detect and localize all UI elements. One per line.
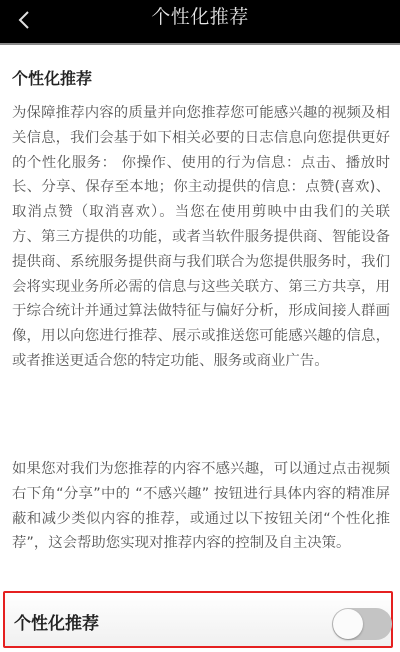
personalized-recommendation-toggle[interactable] [332, 608, 392, 640]
setting-label: 个性化推荐 [14, 609, 99, 634]
section-title: 个性化推荐 [12, 66, 92, 89]
description-paragraph: 为保障推荐内容的质量并向您推荐您可能感兴趣的视频及相关信息，我们会基于如下相关必… [12, 101, 390, 374]
toggle-knob [333, 609, 363, 639]
opt-out-paragraph: 如果您对我们为您推荐的内容不感兴趣，可以通过点击视频右下角“分享”中的 “不感兴… [12, 457, 390, 556]
page-title: 个性化推荐 [0, 0, 400, 40]
personalized-recommendation-setting-row: 个性化推荐 [3, 591, 393, 648]
top-navigation-bar: 个性化推荐 [0, 0, 400, 45]
